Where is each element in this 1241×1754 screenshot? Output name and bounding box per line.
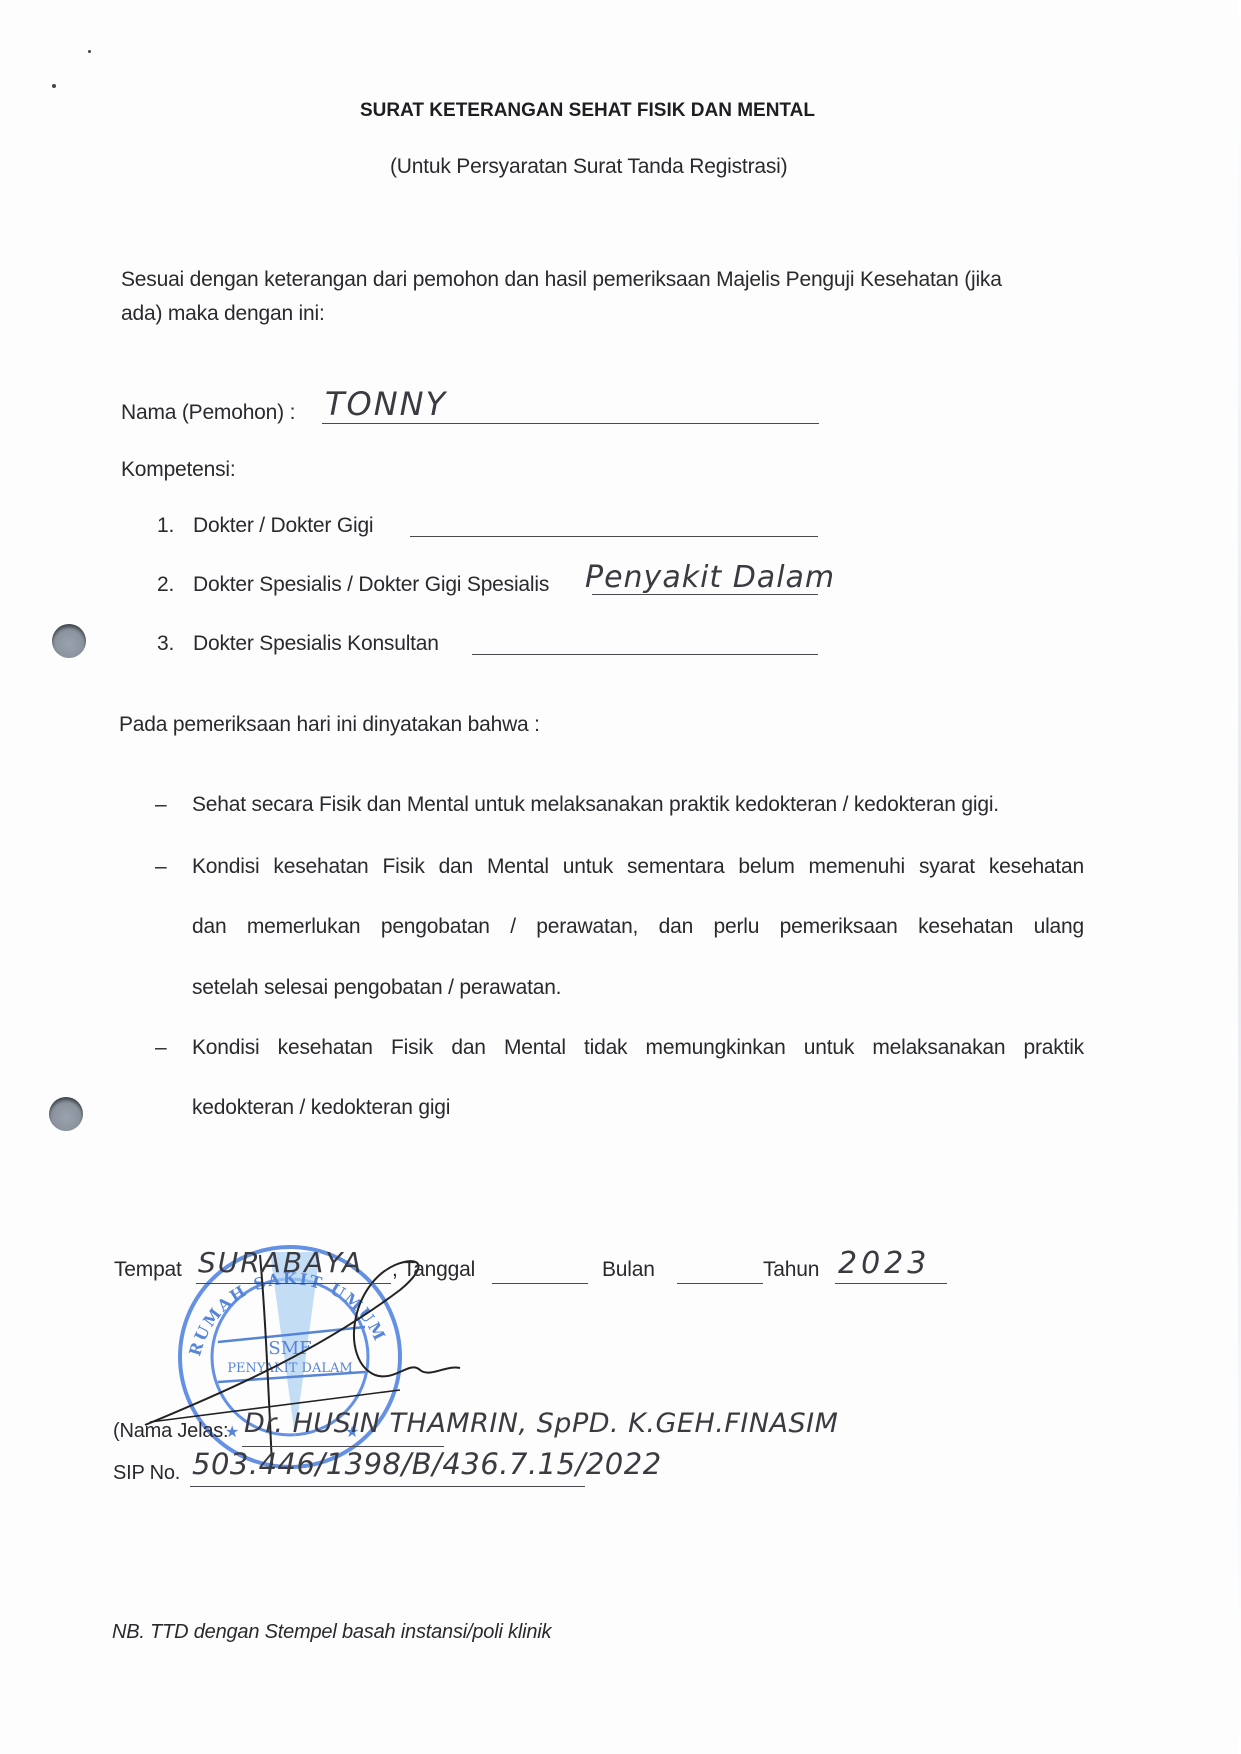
statement-2-line-1: Kondisi kesehatan Fisik dan Mental untuk…: [192, 855, 1084, 879]
sip-underline: [190, 1486, 585, 1487]
punch-hole-top: [52, 624, 86, 658]
scan-speck: [88, 50, 91, 53]
document-subtitle: (Untuk Persyaratan Surat Tanda Registras…: [390, 155, 787, 179]
competence-item-3-field[interactable]: [472, 654, 818, 655]
place-label: Tempat: [114, 1258, 182, 1282]
sip-label: SIP No.: [113, 1462, 180, 1485]
statement-1-line-1: Sehat secara Fisik dan Mental untuk mela…: [192, 793, 999, 817]
competence-item-1-field[interactable]: [410, 536, 818, 537]
sip-field[interactable]: 503.446/1398/B/436.7.15/2022: [192, 1447, 662, 1481]
competence-item-label: Dokter Spesialis / Dokter Gigi Spesialis: [193, 573, 549, 597]
month-label: Bulan: [602, 1258, 655, 1282]
punch-hole-bottom: [49, 1097, 83, 1131]
date-label: , Tanggal: [392, 1258, 475, 1282]
statement-bullet: –: [155, 855, 166, 879]
competence-item-number: 2.: [157, 573, 174, 597]
year-field[interactable]: 2023: [838, 1246, 930, 1281]
document-title: SURAT KETERANGAN SEHAT FISIK DAN MENTAL: [360, 100, 815, 122]
competence-item-number: 3.: [157, 632, 174, 656]
competence-item-2-field[interactable]: Penyakit Dalam: [585, 560, 835, 595]
name-field[interactable]: TONNY: [325, 385, 447, 423]
statement-2-line-3: setelah selesai pengobatan / perawatan.: [192, 976, 561, 1000]
statement-2-line-2: dan memerlukan pengobatan / perawatan, d…: [192, 915, 1084, 939]
competence-item-number: 1.: [157, 514, 174, 538]
year-underline: [835, 1283, 947, 1284]
scan-speck: [52, 84, 56, 88]
name-label: Nama (Pemohon) :: [121, 401, 295, 425]
statement-3-line-1: Kondisi kesehatan Fisik dan Mental tidak…: [192, 1036, 1084, 1060]
year-label: Tahun: [763, 1258, 819, 1282]
place-field[interactable]: SURABAYA: [198, 1246, 363, 1279]
place-underline: [196, 1283, 391, 1284]
competence-item-label: Dokter Spesialis Konsultan: [193, 632, 439, 656]
intro-line-1: Sesuai dengan keterangan dari pemohon da…: [121, 268, 1002, 292]
intro-line-2: ada) maka dengan ini:: [121, 302, 325, 326]
statement-3-line-2: kedokteran / kedokteran gigi: [192, 1096, 450, 1120]
statement-intro: Pada pemeriksaan hari ini dinyatakan bah…: [119, 713, 540, 737]
full-name-label: (Nama Jelas:: [113, 1420, 228, 1443]
statement-bullet: –: [155, 1036, 166, 1060]
month-field[interactable]: [677, 1283, 763, 1284]
competence-item-label: Dokter / Dokter Gigi: [193, 514, 373, 538]
statement-bullet: –: [155, 793, 166, 817]
date-field[interactable]: [492, 1283, 588, 1284]
full-name-field[interactable]: Dr. HUSIN THAMRIN, SpPD. K.GEH.FINASIM: [244, 1408, 838, 1439]
competence-label: Kompetensi:: [121, 458, 236, 482]
footnote: NB. TTD dengan Stempel basah instansi/po…: [112, 1621, 551, 1644]
name-underline: [322, 423, 819, 424]
